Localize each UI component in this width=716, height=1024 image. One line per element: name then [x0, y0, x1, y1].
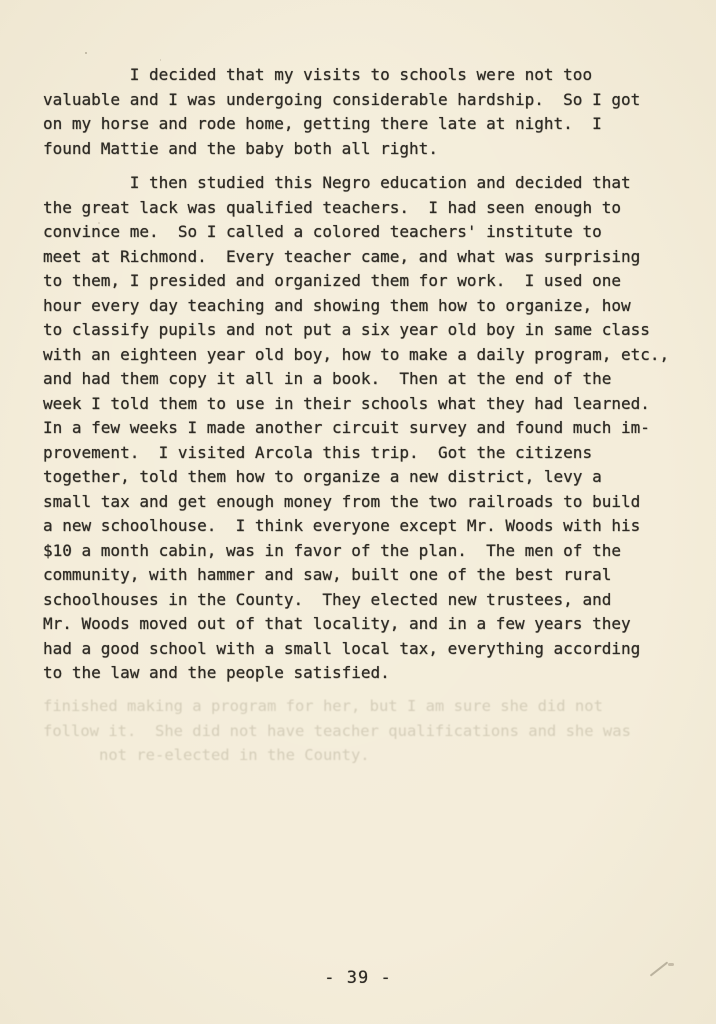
text-line: schoolhouses in the County. They elected…: [43, 588, 696, 613]
text-line: I then studied this Negro education and …: [43, 171, 696, 196]
text-line: finished making a program for her, but I…: [43, 694, 696, 719]
paragraph-2: I then studied this Negro education and …: [43, 171, 696, 686]
text-line: Mr. Woods moved out of that locality, an…: [43, 612, 696, 637]
text-line: I decided that my visits to schools were…: [43, 63, 696, 88]
text-line: convince me. So I called a colored teach…: [43, 220, 696, 245]
text-line: to them, I presided and organized them f…: [43, 269, 696, 294]
text-line: together, told them how to organize a ne…: [43, 465, 696, 490]
paper-speck: [85, 52, 87, 54]
bleed-through-text: finished making a program for her, but I…: [43, 694, 696, 768]
page-number: - 39 -: [0, 968, 716, 988]
text-line: on my horse and rode home, getting there…: [43, 112, 696, 137]
text-line: community, with hammer and saw, built on…: [43, 563, 696, 588]
typed-text: I decided that my visits to schools were…: [43, 63, 696, 686]
text-line: follow it. She did not have teacher qual…: [43, 719, 696, 744]
text-line: with an eighteen year old boy, how to ma…: [43, 343, 696, 368]
pencil-mark: [668, 963, 674, 966]
text-line: and had them copy it all in a book. Then…: [43, 367, 696, 392]
text-line: not re-elected in the County.: [43, 743, 696, 768]
text-line: found Mattie and the baby both all right…: [43, 137, 696, 162]
text-line: small tax and get enough money from the …: [43, 490, 696, 515]
text-line: hour every day teaching and showing them…: [43, 294, 696, 319]
text-line: meet at Richmond. Every teacher came, an…: [43, 245, 696, 270]
document-page: I decided that my visits to schools were…: [0, 0, 716, 1024]
text-line: provement. I visited Arcola this trip. G…: [43, 441, 696, 466]
paper-speck: [98, 222, 100, 224]
text-line: valuable and I was undergoing considerab…: [43, 88, 696, 113]
text-line: to classify pupils and not put a six yea…: [43, 318, 696, 343]
paragraph-1: I decided that my visits to schools were…: [43, 63, 696, 161]
text-line: week I told them to use in their schools…: [43, 392, 696, 417]
text-line: to the law and the people satisfied.: [43, 661, 696, 686]
paper-speck: [160, 59, 161, 61]
text-line: the great lack was qualified teachers. I…: [43, 196, 696, 221]
text-line: had a good school with a small local tax…: [43, 637, 696, 662]
text-line: a new schoolhouse. I think everyone exce…: [43, 514, 696, 539]
text-line: In a few weeks I made another circuit su…: [43, 416, 696, 441]
text-line: $10 a month cabin, was in favor of the p…: [43, 539, 696, 564]
